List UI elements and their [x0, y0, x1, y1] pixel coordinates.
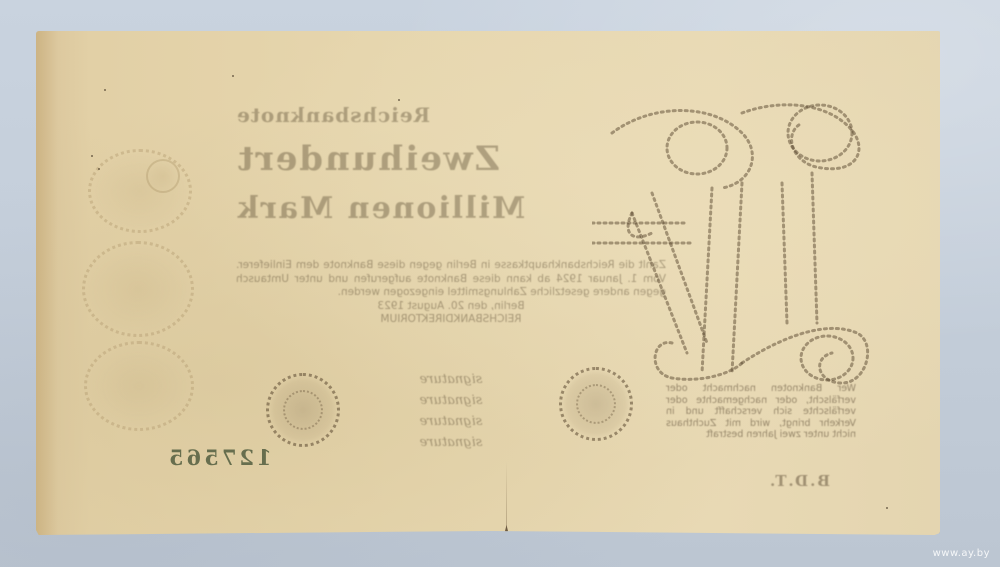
signature-block: signature signature signature signature [341, 369, 561, 453]
signature-line: signature [341, 411, 561, 432]
paper-speck [98, 168, 100, 170]
banknote: Reichsbanknote Zweihundert Millionen Mar… [36, 31, 940, 535]
bleed-heading-top: Reichsbanknote [236, 103, 430, 127]
ornamental-numeral-icon [592, 93, 872, 393]
paper-speck [232, 75, 234, 77]
paper-speck [886, 507, 888, 509]
eagle-emblem-icon [283, 390, 323, 430]
paper-speck [91, 155, 93, 157]
paper-speck [104, 89, 106, 91]
seal-left [266, 373, 340, 447]
paper-edge-shading [36, 31, 58, 535]
bleed-series-code: B.D.T. [768, 472, 830, 490]
paper-speck [398, 99, 400, 101]
signature-line: signature [341, 390, 561, 411]
bleed-warning-text: Wer Banknoten nachmacht oder verfälscht,… [666, 383, 856, 441]
signature-line: signature [341, 432, 561, 453]
fold-crease [506, 461, 507, 535]
serial-number: 127565 [166, 445, 272, 470]
bleed-heading-denomination: Zweihundert [236, 139, 500, 179]
paper-watermark-portrait [78, 141, 193, 441]
bleed-heading-currency: Millionen Mark [236, 191, 525, 226]
site-watermark: www.ay.by [933, 548, 990, 559]
signature-line: signature [341, 369, 561, 390]
